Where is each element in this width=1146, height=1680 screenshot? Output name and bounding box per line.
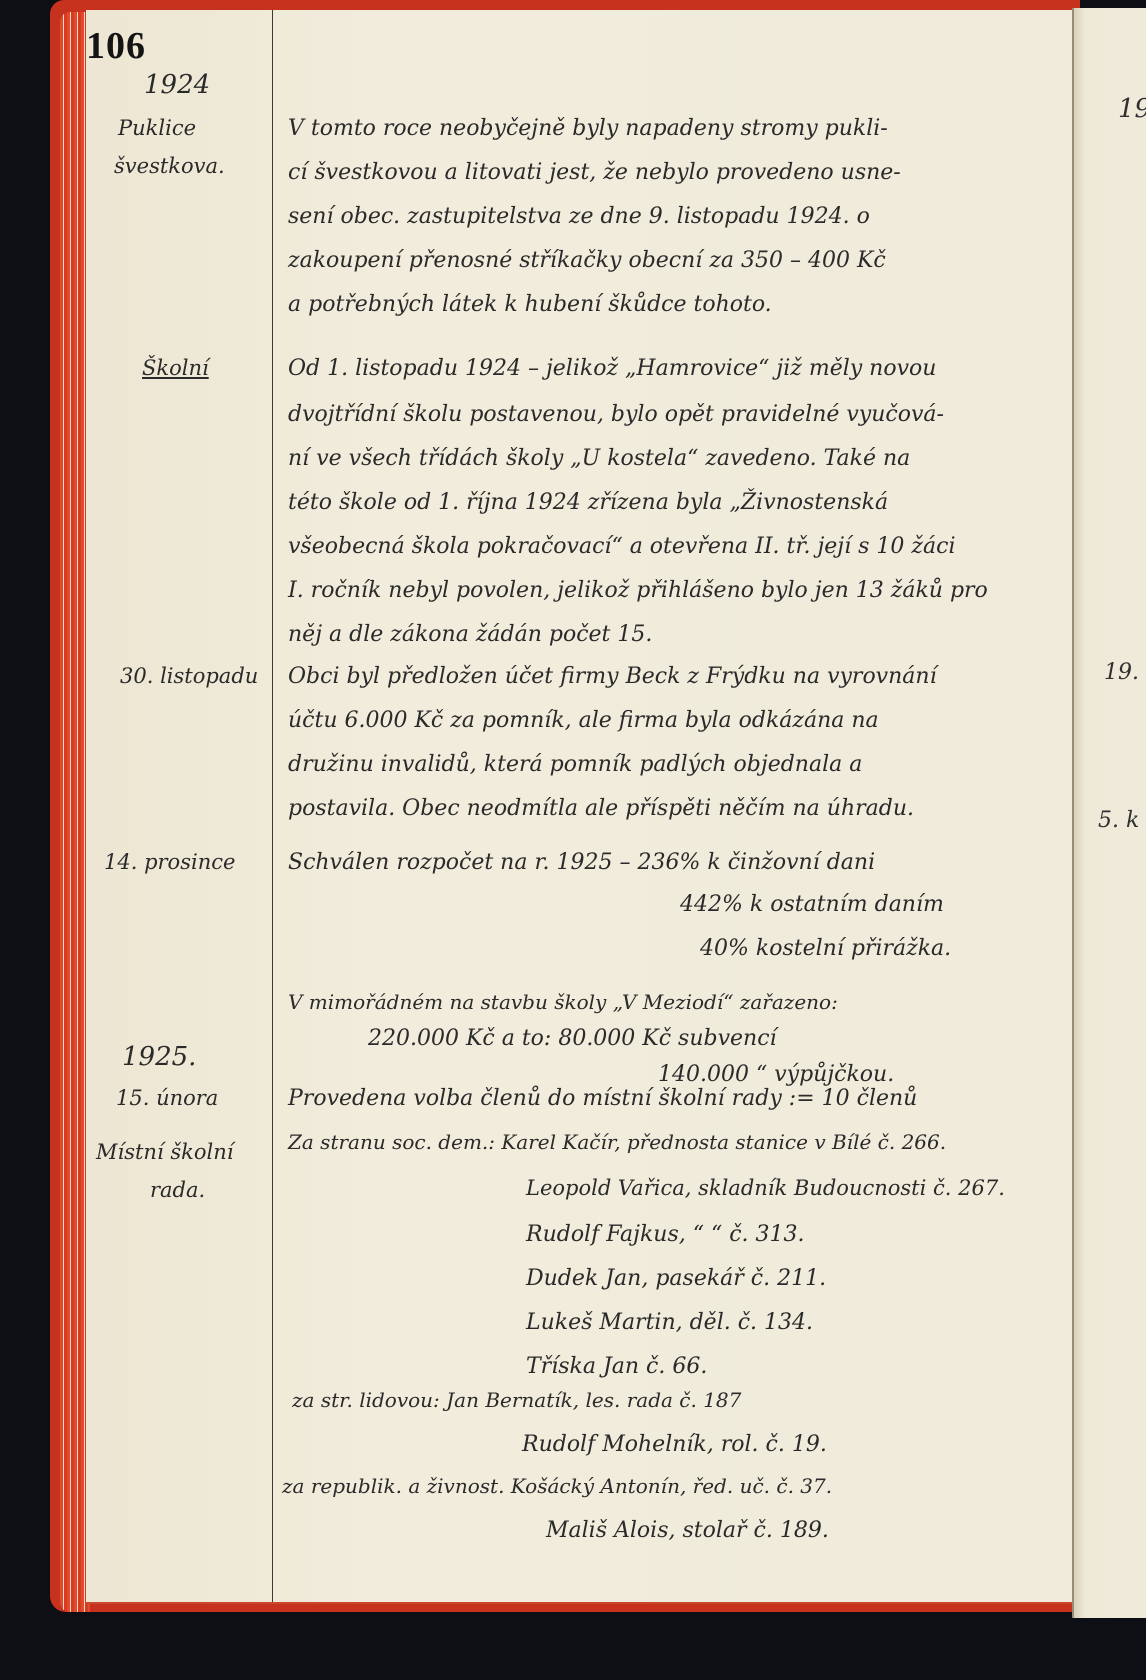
margin-title-mistni-skolni: Místní školní [96,1140,233,1164]
margin-title-svestkova: švestkova. [114,154,225,178]
left-page: 106 1924 Puklice švestkova. Školní 30. l… [86,10,1074,1604]
right-page-date-fragment: 19. č [1104,660,1146,685]
right-page-date-fragment: 5. k [1098,808,1139,833]
text-line: postavila. Obec neodmítla ale příspěti n… [288,796,914,821]
page-number: 106 [86,24,146,68]
margin-date-14-december: 14. prosince [104,850,235,874]
member-line: Dudek Jan, pasekář č. 211. [526,1266,826,1291]
text-line: Od 1. listopadu 1924 – jelikož „Hamrovic… [288,356,936,381]
margin-date-15-february: 15. února [116,1086,218,1110]
margin-title-skolni: Školní [142,356,209,380]
text-line: ní ve všech třídách školy „U kostela“ za… [288,446,910,471]
text-line: I. ročník nebyl povolen, jelikož přihláš… [288,578,988,603]
text-line: této škole od 1. října 1924 zřízena byla… [288,490,888,515]
member-line: Rudolf Fajkus, “ “ č. 313. [526,1222,805,1247]
amount-line: 220.000 Kč a to: 80.000 Kč subvencí [368,1026,777,1051]
budget-line: 40% kostelní přirážka. [700,936,951,961]
member-line: Tříska Jan č. 66. [526,1354,707,1379]
member-line: Rudolf Mohelník, rol. č. 19. [522,1432,827,1457]
member-line: Za stranu soc. dem.: Karel Kačír, předno… [288,1130,946,1154]
text-line: dvojtřídní školu postavenou, bylo opět p… [288,402,944,427]
text-line: sení obec. zastupitelstva ze dne 9. list… [288,204,870,229]
member-line: Lukeš Martin, děl. č. 134. [526,1310,813,1335]
amount-line: 140.000 “ výpůjčkou. [658,1062,894,1087]
margin-year-1924: 1924 [144,70,210,100]
member-line: za str. lidovou: Jan Bernatík, les. rada… [292,1388,741,1412]
text-line: Obci byl předložen účet firmy Beck z Frý… [288,664,937,689]
margin-title-puklice: Puklice [118,116,196,140]
member-line: Leopold Vařica, skladník Budoucnosti č. … [526,1176,1005,1200]
text-line: Provedena volba členů do místní školní r… [288,1086,917,1111]
text-line: V mimořádném na stavbu školy „V Meziodí“… [288,990,838,1014]
margin-rule [272,10,273,1602]
text-line: všeobecná škola pokračovací“ a otevřena … [288,534,955,559]
member-line: Mališ Alois, stolař č. 189. [546,1518,829,1543]
budget-line: 442% k ostatním daním [680,892,944,917]
text-line: V tomto roce neobyčejně byly napadeny st… [288,116,888,141]
right-page-year-fragment: 19 [1118,94,1146,124]
margin-date-30-november: 30. listopadu [120,664,258,688]
text-line: cí švestkovou a litovati jest, že nebylo… [288,160,901,185]
member-line: za republik. a živnost. Košácký Antonín,… [282,1474,832,1498]
text-line: a potřebných látek k hubení škůdce tohot… [288,292,772,317]
text-line: účtu 6.000 Kč za pomník, ale firma byla … [288,708,879,733]
text-line: zakoupení přenosné stříkačky obecní za 3… [288,248,886,273]
margin-title-rada: rada. [150,1178,205,1202]
right-page-edge: 19 19. č 5. k [1072,8,1146,1618]
margin-year-1925: 1925. [122,1042,196,1072]
text-line: něj a dle zákona žádán počet 15. [288,622,652,647]
budget-line: Schválen rozpočet na r. 1925 – 236% k či… [288,850,875,875]
text-line: družinu invalidů, která pomník padlých o… [288,752,862,777]
